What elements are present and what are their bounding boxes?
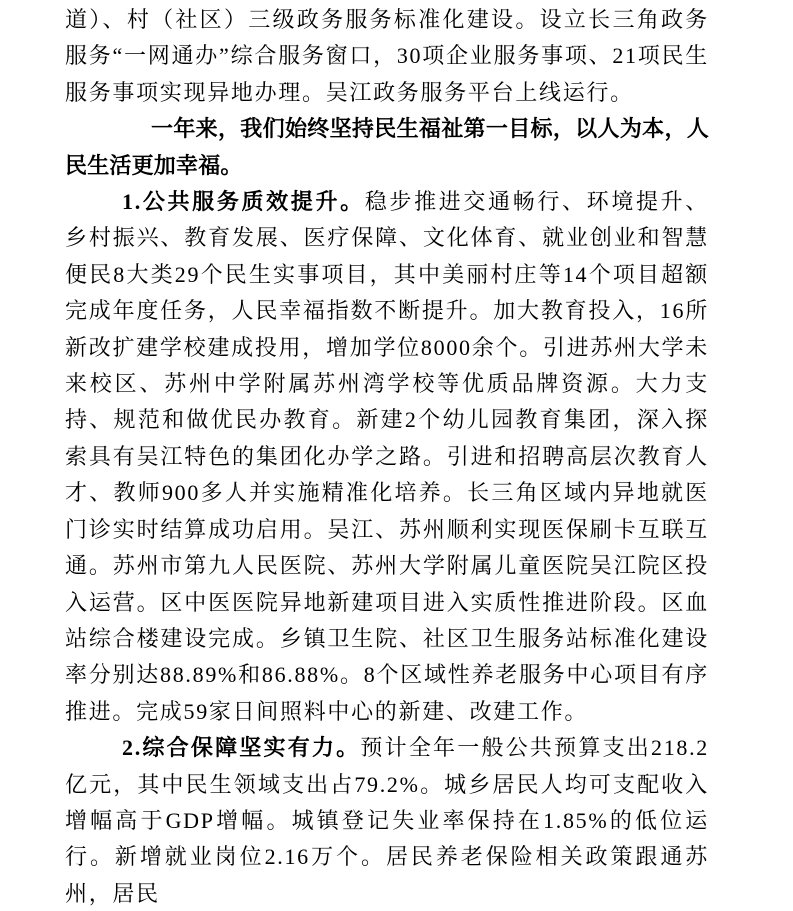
paragraph-continuation: 道）、村（社区）三级政务服务标准化建设。设立长三角政务服务“一网通办”综合服务窗… (65, 2, 709, 111)
paragraph-summary-bold: 一年来，我们始终坚持民生福祉第一目标，以人为本，人民生活更加幸福。 (65, 111, 709, 184)
document-page: 道）、村（社区）三级政务服务标准化建设。设立长三角政务服务“一网通办”综合服务窗… (0, 0, 793, 911)
paragraph-text: 预计全年一般公共预算支出218.2亿元，其中民生领域支出占79.2%。城乡居民人… (65, 735, 709, 906)
item-1-heading: 1.公共服务质效提升。 (122, 189, 365, 214)
document-text-block: 道）、村（社区）三级政务服务标准化建设。设立长三角政务服务“一网通办”综合服务窗… (65, 2, 709, 911)
item-2-heading: 2.综合保障坚实有力。 (122, 735, 360, 760)
paragraph-text: 一年来，我们始终坚持民生福祉第一目标，以人为本，人民生活更加幸福。 (65, 116, 709, 177)
paragraph-text: 道）、村（社区）三级政务服务标准化建设。设立长三角政务服务“一网通办”综合服务窗… (65, 7, 709, 105)
paragraph-item-2: 2.综合保障坚实有力。预计全年一般公共预算支出218.2亿元，其中民生领域支出占… (65, 730, 709, 911)
paragraph-text: 稳步推进交通畅行、环境提升、乡村振兴、教育发展、医疗保障、文化体育、就业创业和智… (65, 189, 709, 724)
paragraph-item-1: 1.公共服务质效提升。稳步推进交通畅行、环境提升、乡村振兴、教育发展、医疗保障、… (65, 184, 709, 730)
